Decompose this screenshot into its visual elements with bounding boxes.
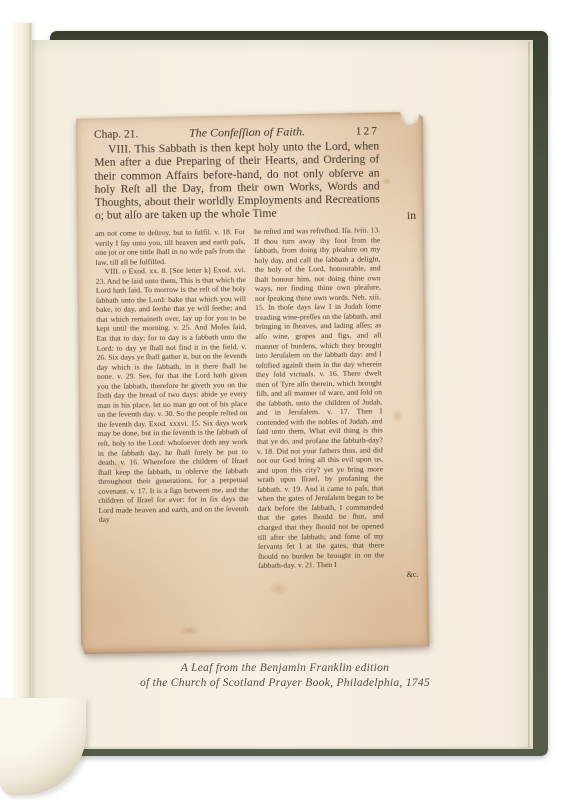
note-paragraph: am not come to deſtroy, but to fulfil. v… bbox=[95, 227, 245, 267]
section-catchword: in bbox=[407, 209, 416, 222]
facing-page-edge bbox=[12, 23, 32, 792]
facing-page-curl bbox=[0, 698, 86, 795]
notes-end-mark: &c. bbox=[258, 570, 418, 582]
photo-of-book: A Leaf from the Benjamin Franklin editio… bbox=[0, 0, 576, 800]
note-paragraph: he reſted and was refreſhed. Iſa. lviii.… bbox=[254, 225, 384, 570]
mounted-leaf-wrapper: Chap. 21. The Confeſſion of Faith. 127 V… bbox=[75, 112, 430, 654]
foxing-spot bbox=[268, 582, 288, 596]
foxing-spot bbox=[392, 408, 404, 424]
running-title: The Confeſſion of Faith. bbox=[189, 124, 305, 140]
caption-line-1: A Leaf from the Benjamin Franklin editio… bbox=[40, 661, 530, 676]
page-number: 127 bbox=[356, 125, 379, 137]
notes-left-column: am not come to deſtroy, but to fulfil. v… bbox=[95, 227, 249, 583]
foxing-spot bbox=[382, 177, 392, 185]
foxing-spot bbox=[178, 626, 200, 636]
caption: A Leaf from the Benjamin Franklin editio… bbox=[40, 661, 530, 690]
note-paragraph: VIII. o Exod. xx. 8. [See letter k] Exod… bbox=[96, 265, 249, 525]
section-viii-paragraph: VIII. This Sabbath is then kept holy unt… bbox=[94, 139, 380, 222]
notes-right-column: he reſted and was refreſhed. Iſa. lviii.… bbox=[254, 225, 384, 581]
scripture-notes: am not come to deſtroy, but to fulfil. v… bbox=[95, 225, 384, 583]
mounted-leaf-1745: Chap. 21. The Confeſſion of Faith. 127 V… bbox=[75, 112, 430, 654]
page-edge-line bbox=[528, 42, 530, 747]
chapter-label: Chap. 21. bbox=[94, 128, 139, 141]
caption-line-2: of the Church of Scotland Prayer Book, P… bbox=[40, 676, 530, 691]
